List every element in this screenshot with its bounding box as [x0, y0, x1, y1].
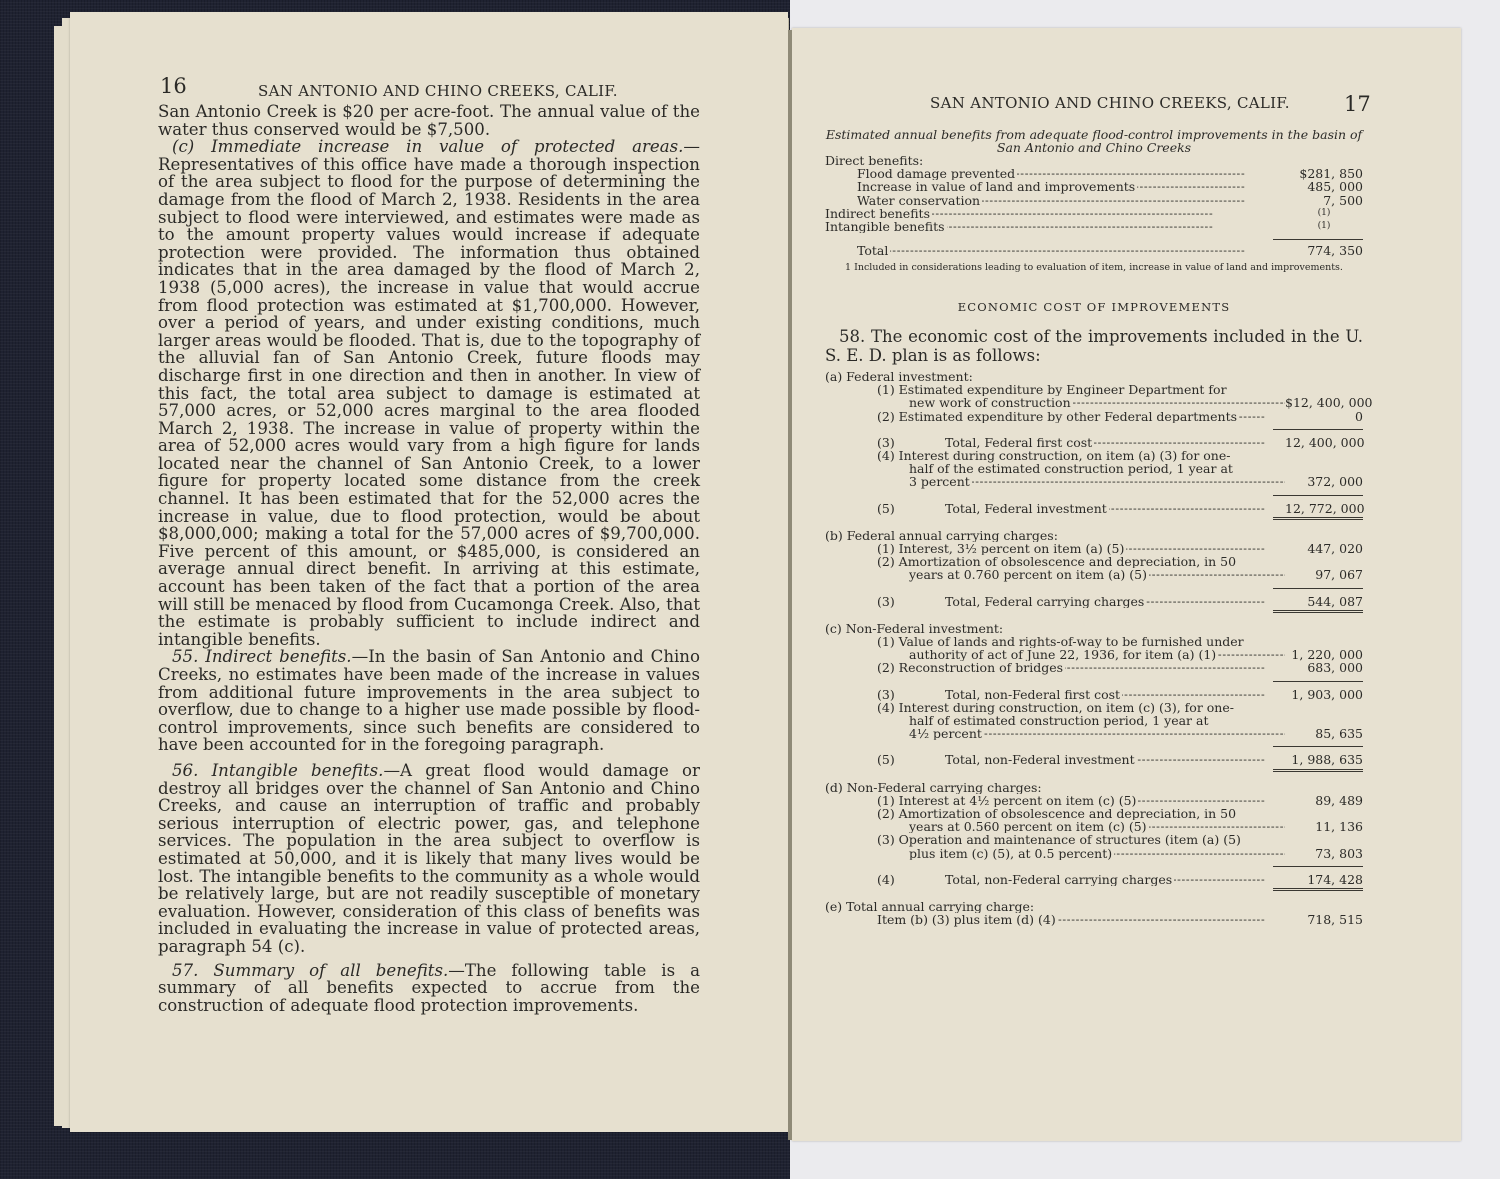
table-row: new work of construction$12, 400, 000: [825, 396, 1363, 409]
double-rule: [1273, 610, 1363, 613]
paragraph: San Antonio Creek is $20 per acre-foot. …: [158, 103, 700, 138]
left-page-body: San Antonio Creek is $20 per acre-foot. …: [158, 103, 700, 1014]
row-label: Indirect benefits: [825, 207, 932, 220]
rule: [1273, 746, 1363, 747]
row-value: 0: [1285, 410, 1363, 423]
table-row: (2) Estimated expenditure by other Feder…: [825, 410, 1363, 423]
paragraph-lead: (c) Immediate increase in value of prote…: [172, 137, 683, 156]
table-row: (3)Total, Federal first cost12, 400, 000: [825, 436, 1363, 449]
row-value: 372, 000: [1285, 475, 1363, 488]
item-number: (5): [877, 753, 905, 766]
table-row: (3)Total, non-Federal first cost1, 903, …: [825, 688, 1363, 701]
paragraph-text: —A great flood would damage or destroy a…: [158, 761, 700, 956]
row-value: 12, 772, 000: [1285, 502, 1363, 515]
table-row: Item (b) (3) plus item (d) (4)718, 515: [825, 913, 1363, 926]
paragraph: 55. Indirect benefits.—In the basin of S…: [158, 648, 700, 754]
page-number-right: 17: [1344, 92, 1371, 116]
total-rule: [1273, 239, 1363, 240]
table-row: (1) Interest, 3½ percent on item (a) (5)…: [825, 542, 1363, 555]
row-label: Flood damage prevented: [857, 167, 1017, 180]
paragraph-58: 58. The economic cost of the improvement…: [825, 327, 1363, 365]
table-row: 3 percent372, 000: [825, 475, 1363, 488]
row-value: 174, 428: [1285, 873, 1363, 886]
row-label: (1) Interest, 3½ percent on item (a) (5): [877, 542, 1126, 555]
double-rule: [1273, 769, 1363, 772]
page-number-left: 16: [160, 74, 187, 98]
row-value: 1, 903, 000: [1285, 688, 1363, 701]
row-label: plus item (c) (5), at 0.5 percent): [909, 847, 1114, 860]
row-label: Total, non-Federal first cost: [905, 688, 1120, 701]
group-label: Direct benefits:: [825, 154, 1363, 167]
total-row: Total774, 350: [825, 244, 1363, 257]
rule: [1273, 588, 1363, 589]
row-label: Intangible benefits: [825, 220, 947, 233]
benefits-table: Direct benefits: Flood damage prevented$…: [825, 154, 1363, 275]
table-row: Intangible benefits(1): [825, 220, 1363, 233]
item-text: (1) Value of lands and rights-of-way to …: [825, 635, 1363, 648]
section-heading: ECONOMIC COST OF IMPROVEMENTS: [825, 300, 1363, 314]
rule: [1273, 681, 1363, 682]
row-value: 544, 087: [1285, 595, 1363, 608]
row-value: 1, 988, 635: [1285, 753, 1363, 766]
item-number: (3): [877, 436, 905, 449]
item-number: (5): [877, 502, 905, 515]
paragraph-lead: 55. Indirect benefits.: [172, 647, 352, 666]
row-label: (2) Reconstruction of bridges: [877, 661, 1065, 674]
paragraph: (c) Immediate increase in value of prote…: [158, 138, 700, 648]
row-value: (1): [1285, 220, 1363, 233]
benefits-table-caption: Estimated annual benefits from adequate …: [825, 128, 1363, 154]
cost-table: (a) Federal investment: (1) Estimated ex…: [825, 370, 1363, 927]
item-text: half of estimated construction period, 1…: [825, 714, 1363, 727]
row-label: Item (b) (3) plus item (d) (4): [877, 913, 1058, 926]
paragraph-lead: 57. Summary of all benefits.: [172, 961, 448, 980]
row-value: 485, 000: [1285, 180, 1363, 193]
row-label: years at 0.760 percent on item (a) (5): [909, 568, 1149, 581]
item-number: (3): [877, 595, 905, 608]
section-d-heading: (d) Non-Federal carrying charges:: [825, 781, 1363, 794]
row-value: 89, 489: [1285, 794, 1363, 807]
section-b-heading: (b) Federal annual carrying charges:: [825, 529, 1363, 542]
double-rule: [1273, 888, 1363, 891]
row-label: Water conservation: [857, 194, 982, 207]
total-value: 774, 350: [1285, 244, 1363, 257]
rule: [1273, 866, 1363, 867]
row-value: 12, 400, 000: [1285, 436, 1363, 449]
table-row: Increase in value of land and improvemen…: [825, 180, 1363, 193]
section-e-heading: (e) Total annual carrying charge:: [825, 900, 1363, 913]
row-label: Total, Federal investment: [905, 502, 1107, 515]
row-value: (1): [1285, 207, 1363, 220]
item-text: (2) Amortization of obsolescence and dep…: [825, 555, 1363, 568]
table-row: Indirect benefits(1): [825, 207, 1363, 220]
paragraph-text: —Representatives of this office have mad…: [158, 137, 700, 649]
paragraph: 56. Intangible benefits.—A great flood w…: [158, 762, 700, 956]
table-row: (1) Interest at 4½ percent on item (c) (…: [825, 794, 1363, 807]
row-label: Total, Federal carrying charges: [905, 595, 1144, 608]
table-row: Flood damage prevented$281, 850: [825, 167, 1363, 180]
table-row: (2) Reconstruction of bridges683, 000: [825, 661, 1363, 674]
item-text: (1) Estimated expenditure by Engineer De…: [825, 383, 1363, 396]
row-label: Increase in value of land and improvemen…: [857, 180, 1137, 193]
row-value: 718, 515: [1285, 913, 1363, 926]
item-number: (3): [877, 688, 905, 701]
table-row: years at 0.760 percent on item (a) (5)97…: [825, 568, 1363, 581]
row-value: $12, 400, 000: [1285, 396, 1363, 409]
running-head-right: SAN ANTONIO AND CHINO CREEKS, CALIF.: [930, 94, 1290, 112]
row-value: 73, 803: [1285, 847, 1363, 860]
row-value: 97, 067: [1285, 568, 1363, 581]
total-label: Total: [857, 244, 890, 257]
row-value: 7, 500: [1285, 194, 1363, 207]
row-label: 3 percent: [909, 475, 972, 488]
table-row: (3)Total, Federal carrying charges544, 0…: [825, 595, 1363, 608]
row-label: years at 0.560 percent on item (c) (5): [909, 820, 1149, 833]
paragraph-lead: 56. Intangible benefits.: [172, 761, 383, 780]
row-value: 85, 635: [1285, 727, 1363, 740]
row-label: authority of act of June 22, 1936, for i…: [909, 648, 1218, 661]
table-row: (5)Total, Federal investment12, 772, 000: [825, 502, 1363, 515]
rule: [1273, 495, 1363, 496]
row-label: (1) Interest at 4½ percent on item (c) (…: [877, 794, 1138, 807]
book-gutter: [788, 30, 792, 1140]
paragraph: 57. Summary of all benefits.—The followi…: [158, 962, 700, 1015]
row-label: Total, Federal first cost: [905, 436, 1092, 449]
item-text: half of the estimated construction perio…: [825, 462, 1363, 475]
row-label: Total, non-Federal investment: [905, 753, 1135, 766]
row-value: 447, 020: [1285, 542, 1363, 555]
footnote: 1 Included in considerations leading to …: [825, 261, 1363, 274]
item-text: (3) Operation and maintenance of structu…: [825, 833, 1363, 846]
table-row: plus item (c) (5), at 0.5 percent)73, 80…: [825, 847, 1363, 860]
paragraph-text: San Antonio Creek is $20 per acre-foot. …: [158, 102, 700, 139]
row-value: 683, 000: [1285, 661, 1363, 674]
row-label: new work of construction: [909, 396, 1073, 409]
rule: [1273, 429, 1363, 430]
table-row: (5)Total, non-Federal investment1, 988, …: [825, 753, 1363, 766]
item-number: (4): [877, 873, 905, 886]
table-row: Water conservation7, 500: [825, 194, 1363, 207]
table-row: (4)Total, non-Federal carrying charges17…: [825, 873, 1363, 886]
row-value: 11, 136: [1285, 820, 1363, 833]
row-label: 4½ percent: [909, 727, 984, 740]
double-rule: [1273, 517, 1363, 520]
table-row: authority of act of June 22, 1936, for i…: [825, 648, 1363, 661]
item-text: (2) Amortization of obsolescence and dep…: [825, 807, 1363, 820]
row-label: Total, non-Federal carrying charges: [905, 873, 1172, 886]
row-label: (2) Estimated expenditure by other Feder…: [877, 410, 1239, 423]
running-head-left: SAN ANTONIO AND CHINO CREEKS, CALIF.: [258, 82, 618, 100]
table-row: 4½ percent85, 635: [825, 727, 1363, 740]
